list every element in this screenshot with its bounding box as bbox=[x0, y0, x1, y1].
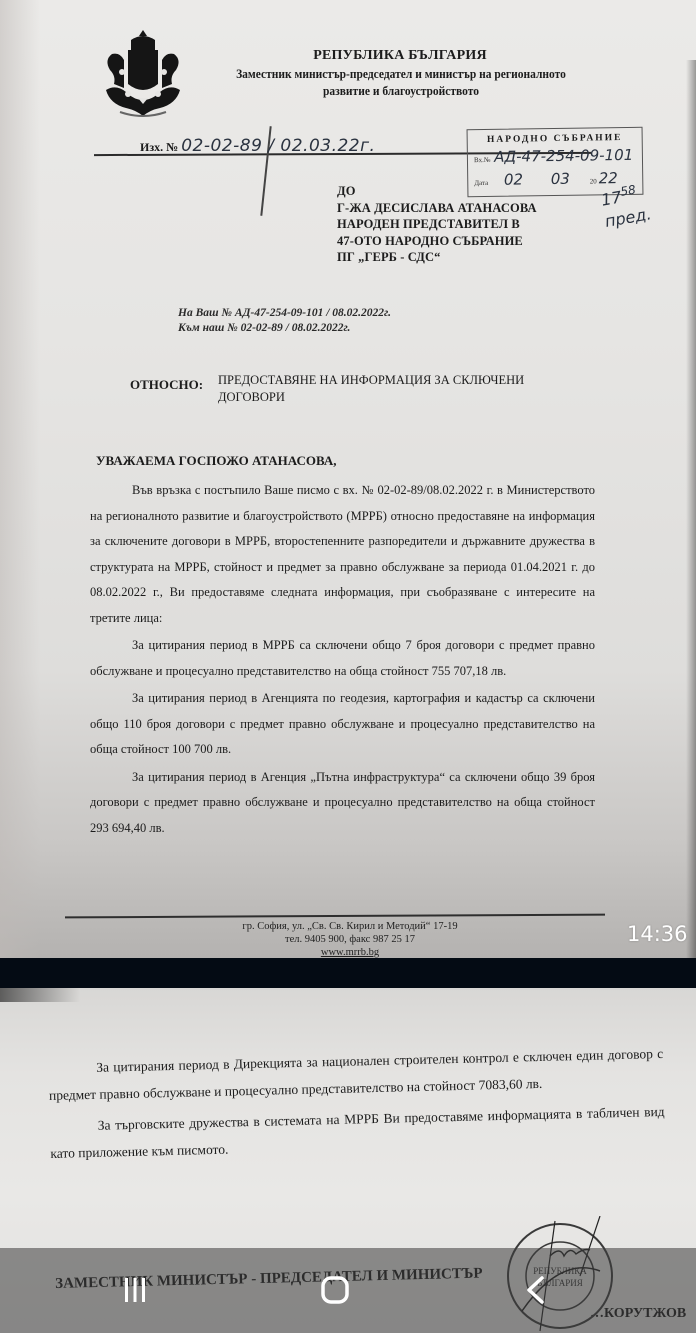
addressee-line: ПГ „ГЕРБ - СДС“ bbox=[337, 249, 537, 266]
recents-button[interactable] bbox=[110, 1270, 160, 1310]
outgoing-number-label: Изх. № bbox=[140, 140, 178, 154]
addressee-block: ДО Г-ЖА ДЕСИСЛАВА АТАНАСОВА НАРОДЕН ПРЕД… bbox=[337, 183, 537, 266]
outgoing-number: Изх. № 02-02-89 / 02.03.22г. bbox=[140, 136, 375, 156]
letter-body-page-2: За цитирания период в Дирекцията за наци… bbox=[48, 1040, 666, 1167]
margin-note-sup: 58 bbox=[619, 182, 636, 198]
recents-icon bbox=[123, 1276, 147, 1304]
header-title: РЕПУБЛИКА БЪЛГАРИЯ bbox=[200, 48, 600, 64]
greeting: УВАЖАЕМА ГОСПОЖО АТАНАСОВА, bbox=[96, 453, 337, 469]
photo-shadow bbox=[0, 0, 40, 958]
addressee-line: Г-ЖА ДЕСИСЛАВА АТАНАСОВА bbox=[337, 200, 537, 217]
reference-numbers: На Ваш № АД-47-254-09-101 / 08.02.2022г.… bbox=[178, 306, 391, 336]
letter-footer: гр. София, ул. „Св. Св. Кирил и Методий“… bbox=[200, 920, 500, 958]
footer-rule bbox=[65, 914, 605, 919]
stamp-date-year-prefix: 20 bbox=[590, 177, 597, 185]
header-subtitle-line-2: развитие и благоустройството bbox=[212, 83, 589, 100]
home-button[interactable] bbox=[310, 1270, 360, 1310]
home-icon bbox=[320, 1275, 350, 1305]
letter-page-1-photo: РЕПУБЛИКА БЪЛГАРИЯ Заместник министър-пр… bbox=[0, 0, 696, 958]
coat-of-arms-icon bbox=[98, 28, 188, 124]
handwritten-margin-note: 1758 пред. bbox=[599, 173, 682, 264]
subject-text: ПРЕДОСТАВЯНЕ НА ИНФОРМАЦИЯ ЗА СКЛЮЧЕНИ Д… bbox=[218, 372, 548, 406]
stamp-incoming-row: Вх.№ АД-47-254-09-101 bbox=[474, 146, 634, 166]
your-reference: На Ваш № АД-47-254-09-101 / 08.02.2022г. bbox=[178, 306, 391, 321]
body-paragraph: За цитирания период в Агенция „Пътна инф… bbox=[90, 765, 595, 842]
header-subtitle-line-1: Заместник министър-председател и министъ… bbox=[212, 66, 589, 83]
addressee-line: ДО bbox=[337, 183, 537, 200]
letter-body-page-1: Във връзка с постъпило Ваше писмо с вх. … bbox=[90, 478, 595, 841]
body-paragraph: За цитирания период в Дирекцията за наци… bbox=[48, 1040, 664, 1109]
body-paragraph: За цитирания период в Агенцията по геоде… bbox=[90, 686, 595, 763]
footer-address: гр. София, ул. „Св. Св. Кирил и Методий“… bbox=[200, 920, 500, 933]
image-divider bbox=[0, 958, 696, 988]
stamp-incoming-value: АД-47-254-09-101 bbox=[494, 146, 633, 166]
addressee-line: НАРОДЕН ПРЕДСТАВИТЕЛ В bbox=[337, 216, 537, 233]
stamp-title: НАРОДНО СЪБРАНИЕ bbox=[468, 133, 642, 145]
footer-website: www.mrrb.bg bbox=[200, 946, 500, 958]
stamp-incoming-label: Вх.№ bbox=[474, 156, 491, 164]
our-reference: Към наш № 02-02-89 / 08.02.2022г. bbox=[178, 321, 391, 336]
body-paragraph: Във връзка с постъпило Ваше писмо с вх. … bbox=[90, 478, 595, 631]
subject-label: ОТНОСНО: bbox=[130, 376, 203, 393]
body-paragraph: За търговските дружества в системата на … bbox=[49, 1098, 665, 1167]
footer-phone: тел. 9405 900, факс 987 25 17 bbox=[200, 933, 500, 946]
back-button[interactable] bbox=[515, 1270, 555, 1310]
body-paragraph: За цитирания период в МРРБ са сключени о… bbox=[90, 633, 595, 684]
stamp-date-month: 03 bbox=[551, 170, 570, 188]
back-icon bbox=[524, 1275, 546, 1305]
outgoing-number-handwritten: 02-02-89 / 02.03.22г. bbox=[181, 136, 375, 156]
status-clock: 14:36 bbox=[627, 922, 688, 946]
android-navigation-bar bbox=[0, 1248, 696, 1333]
header-subtitle: Заместник министър-председател и министъ… bbox=[212, 66, 589, 100]
addressee-line: 47-ОТО НАРОДНО СЪБРАНИЕ bbox=[337, 233, 537, 250]
